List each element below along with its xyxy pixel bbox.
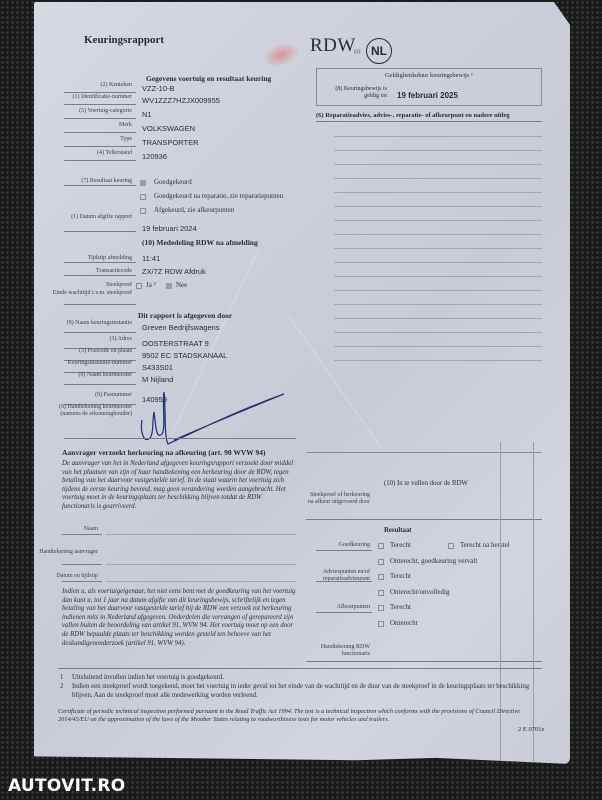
- field-value: 9502 EC STADSKANAAL: [142, 351, 227, 360]
- advice-line[interactable]: [334, 150, 542, 151]
- divider: [58, 668, 542, 669]
- reinspection-heading: Aanvrager verzoekt herkeuring na afkeuri…: [62, 448, 266, 457]
- divider: [64, 185, 136, 186]
- advice-line[interactable]: [334, 332, 542, 333]
- divider: [64, 160, 136, 161]
- advice-line[interactable]: [334, 164, 542, 165]
- requester-signature-line[interactable]: [106, 564, 296, 565]
- result-heading: Resultaat: [384, 527, 412, 534]
- spot-check-yes-checkbox: [136, 283, 142, 289]
- divider: [306, 519, 542, 520]
- field-label: Type: [42, 136, 132, 143]
- divider: [64, 332, 136, 333]
- field-label: (3) Adres: [42, 336, 132, 343]
- rdw-checkbox[interactable]: [378, 543, 384, 549]
- field-label: (1) Identificatie-nummer: [42, 94, 132, 101]
- divider: [64, 146, 136, 147]
- rdw-row-label: Afkeurpunten: [306, 604, 370, 611]
- spot-check-yes-label: Ja ²: [146, 281, 156, 289]
- spot-check-label: Steekproef: [42, 282, 132, 289]
- country-code: NL: [371, 44, 387, 58]
- field-label: (5) Voertuig-categorie: [42, 108, 132, 115]
- field-value: OOSTERSTRAAT 9: [142, 339, 209, 348]
- divider: [64, 384, 136, 385]
- notification-heading: (10) Mededeling RDW na afmelding: [142, 238, 258, 247]
- advice-line[interactable]: [334, 136, 542, 137]
- rdw-checkbox[interactable]: [378, 605, 384, 611]
- field-label: (9) Pasnummer: [42, 392, 132, 399]
- vehicle-section-heading: Gegevens voertuig en resultaat keuring: [146, 74, 271, 83]
- footnote-number: 2: [60, 683, 63, 692]
- field-label: Keuringsinstantie-nummer: [42, 360, 132, 367]
- field-label: Merk: [42, 122, 132, 129]
- field-value: N1: [142, 110, 152, 119]
- rdw-section-heading: (10) In te vullen door de RDW: [384, 480, 468, 487]
- autovit-watermark: AUTOVIT.RO: [8, 776, 126, 796]
- rdw-checkbox[interactable]: [378, 590, 384, 596]
- divider: [64, 262, 136, 263]
- advice-line[interactable]: [334, 248, 542, 249]
- rdw-checkbox[interactable]: [378, 574, 384, 580]
- advice-line[interactable]: [334, 234, 542, 235]
- country-code-badge: NL: [366, 38, 392, 64]
- requester-name-label: Naam: [34, 526, 98, 533]
- reinspection-intro: De aanvrager van het in Nederland afgege…: [62, 460, 294, 512]
- validity-date: 19 februari 2025: [397, 91, 458, 100]
- divider: [64, 275, 136, 276]
- rdw-option-label: Onterecht: [390, 619, 418, 627]
- rdw-row-label: Goedkeuring: [306, 542, 370, 549]
- divider: [62, 581, 102, 582]
- divider: [62, 564, 102, 565]
- field-value: WV1ZZZ7HZJX009955: [142, 96, 220, 105]
- divider: [64, 92, 136, 93]
- advice-line[interactable]: [334, 360, 542, 361]
- paper-crease: [288, 316, 381, 448]
- result-option-label: Afgekeurd, zie afkeurpunten: [154, 206, 234, 214]
- signature-label: (9) Handtekening keurmeester (namens de …: [42, 404, 132, 417]
- result-checkbox: [140, 208, 146, 214]
- result-checkbox: [140, 194, 146, 200]
- divider: [64, 304, 136, 305]
- rdw-logo: RDW: [310, 35, 356, 57]
- rdw-signature-label: Handtekening RDW functionaris: [306, 644, 370, 657]
- footnote-text: Uitsluitend invullen indien het voertuig…: [72, 674, 542, 683]
- result-option-label: Goedgekeurd na reparatie, zie reparatiep…: [154, 192, 283, 200]
- transaction-label: Transactiecode: [42, 268, 132, 275]
- rdw-option-label: Onterecht/onvolledig: [390, 588, 449, 596]
- rdw-hologram-icon: [259, 38, 302, 72]
- field-value: S433S01: [142, 363, 173, 372]
- result-label: (7) Resultaat keuring: [42, 178, 132, 185]
- advice-line[interactable]: [334, 178, 542, 179]
- divider: [316, 121, 542, 122]
- advice-line[interactable]: [334, 346, 542, 347]
- document-title: Keuringsrapport: [84, 34, 164, 46]
- requester-name-line[interactable]: [106, 534, 296, 535]
- inspection-report-paper: Keuringsrapport RDW (2) NL Gegevens voer…: [34, 2, 570, 764]
- rdw-option-label: Onterecht, goedkeuring vervalt: [390, 557, 477, 565]
- requester-signature-label: Handtekening aanvrager: [34, 549, 98, 556]
- field-value: VOLKSWAGEN: [142, 124, 195, 133]
- field-label: (9) Naam keurmeester: [42, 372, 132, 379]
- field-label: (2) Kenteken: [42, 82, 132, 89]
- divider: [64, 132, 136, 133]
- divider: [306, 452, 542, 453]
- field-value: VZZ-10-B: [142, 84, 175, 93]
- divider: [316, 612, 372, 613]
- divider: [316, 550, 372, 551]
- signature-drawing: [134, 382, 294, 452]
- advice-line[interactable]: [334, 262, 542, 263]
- issuer-heading: Dit rapport is afgegeven door: [138, 311, 232, 320]
- advice-line[interactable]: [334, 318, 542, 319]
- requester-date-line[interactable]: [106, 581, 296, 582]
- rdw-option-label: Terecht: [390, 541, 411, 549]
- requester-date-label: Datum en tijdstip: [34, 573, 98, 580]
- wait-label: Einde wachttijd i.v.m. steekproef: [42, 290, 132, 297]
- performed-by-label: Steekproef of herkeuring na afkeur uitge…: [306, 492, 370, 505]
- spot-check-no-label: Nee: [176, 281, 187, 289]
- advice-line[interactable]: [334, 220, 542, 221]
- field-label: (4) Tellerstand: [42, 150, 132, 157]
- footnote-text: Indien een steekproef wordt toegekend, m…: [72, 683, 542, 700]
- spot-check-no-checkbox: [166, 283, 172, 289]
- divider: [306, 661, 542, 662]
- result-checkbox: [140, 180, 146, 186]
- footnote-number: 1: [60, 674, 63, 683]
- repair-advice-heading: (6) Reparatieadvies, advies-, reparatie-…: [316, 112, 510, 119]
- rdw-option-label: Terecht: [390, 572, 411, 580]
- validity-heading: Geldigheidsduur keuringsbewijs ¹: [317, 72, 541, 79]
- result-option-label: Goedgekeurd: [154, 178, 192, 186]
- rdw-option-label: Terecht: [390, 603, 411, 611]
- divider: [64, 104, 136, 105]
- field-value: TRANSPORTER: [142, 138, 199, 147]
- rdw-checkbox[interactable]: [378, 559, 384, 565]
- rdw-checkbox[interactable]: [448, 543, 454, 549]
- advice-line[interactable]: [334, 304, 542, 305]
- divider: [62, 534, 102, 535]
- validity-box: Geldigheidsduur keuringsbewijs ¹ (8) Keu…: [316, 68, 542, 106]
- appeal-text: Indien u, als voertuigeigenaar, het niet…: [62, 588, 296, 648]
- field-value: 120936: [142, 152, 167, 161]
- time-label: Tijdstip afmelding: [42, 255, 132, 262]
- transaction-value: ZX/7Z RDW Afdruk: [142, 267, 206, 276]
- report-date-value: 19 februari 2024: [142, 224, 197, 233]
- divider: [64, 231, 136, 232]
- advice-line[interactable]: [334, 192, 542, 193]
- report-date-label: (1) Datum afgifte rapport: [42, 214, 132, 221]
- time-value: 11:41: [142, 254, 160, 263]
- advice-line[interactable]: [334, 276, 542, 277]
- country-label: (2): [354, 49, 360, 55]
- divider: [316, 581, 372, 582]
- divider: [64, 438, 296, 439]
- field-value: Greven Bedrijfswagens: [142, 323, 220, 332]
- form-code: 2 E 0701e: [518, 726, 544, 733]
- divider: [64, 118, 136, 119]
- field-label: (3) Postcode en plaats: [42, 348, 132, 355]
- field-label: (9) Naam keuringsinstantie: [42, 320, 132, 327]
- validity-label: (8) Keuringsbewijs is geldig tot: [327, 86, 387, 99]
- advice-line[interactable]: [334, 206, 542, 207]
- advice-line[interactable]: [334, 290, 542, 291]
- certificate-text: Certificate of periodic technical inspec…: [58, 708, 542, 724]
- rdw-checkbox[interactable]: [378, 621, 384, 627]
- rdw-option-label: Terecht na herstel: [460, 541, 510, 549]
